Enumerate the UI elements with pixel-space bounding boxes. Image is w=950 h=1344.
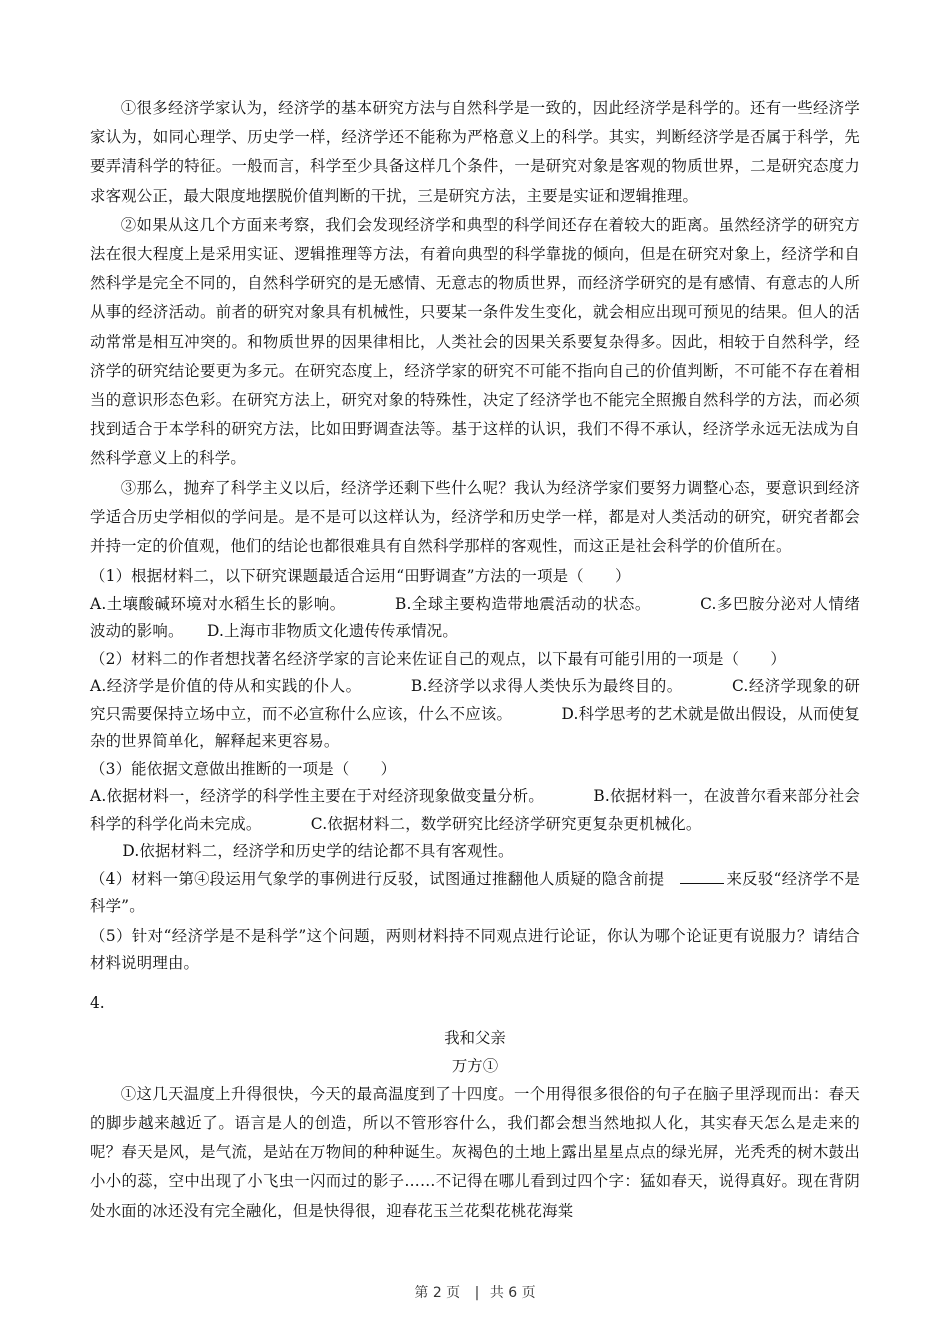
option-c: C.依据材料二，数学研究比经济学研究更复杂更机械化。 xyxy=(311,815,702,833)
passage-paragraph-2: ②如果从这几个方面来考察，我们会发现经济学和典型的科学间还存在着较大的距离。虽然… xyxy=(90,211,860,474)
question-4-section: 4. 我和父亲 万方① ①这几天温度上升得很快，今天的最高温度到了十四度。一个用… xyxy=(90,994,860,1226)
question-4-stem: （4）材料一第④段运用气象学的事例进行反驳，试图通过推翻他人质疑的隐含前提来反驳… xyxy=(90,866,860,921)
question-3-stem: （3）能依据文意做出推断的一项是（ ） xyxy=(90,756,860,784)
article-paragraph-1: ①这几天温度上升得很快，今天的最高温度到了十四度。一个用得很多很俗的句子在脑子里… xyxy=(90,1080,860,1226)
total-pages: 共 6 页 xyxy=(490,1285,536,1301)
answer-blank[interactable] xyxy=(680,869,724,884)
question-1-options: A.土壤酸碱环境对水稻生长的影响。B.全球主要构造带地震活动的状态。C.多巴胺分… xyxy=(90,591,860,646)
option-a: A.土壤酸碱环境对水稻生长的影响。 xyxy=(90,595,346,613)
article-title: 我和父亲 xyxy=(90,1024,860,1052)
question-2-options: A.经济学是价值的侍从和实践的仆人。B.经济学以求得人类快乐为最终目的。C.经济… xyxy=(90,673,860,756)
passage-paragraph-3: ③那么，抛弃了科学主义以后，经济学还剩下些什么呢？我认为经济学家们要努力调整心态… xyxy=(90,474,860,562)
passage-paragraph-1: ①很多经济学家认为，经济学的基本研究方法与自然科学是一致的，因此经济学是科学的。… xyxy=(90,94,860,211)
option-d: D.上海市非物质文化遗传传承情况。 xyxy=(207,622,458,640)
option-b: B.全球主要构造带地震活动的状态。 xyxy=(395,595,651,613)
document-page: ①很多经济学家认为，经济学的基本研究方法与自然科学是一致的，因此经济学是科学的。… xyxy=(90,94,860,1226)
page-footer: 第 2 页 | 共 6 页 xyxy=(0,1282,950,1302)
question-number: 4. xyxy=(90,994,860,1012)
option-a: A.经济学是价值的侍从和实践的仆人。 xyxy=(90,677,362,695)
page-separator: | xyxy=(475,1285,480,1301)
questions: （1）根据材料二，以下研究课题最适合运用“田野调查”方法的一项是（ ） A.土壤… xyxy=(90,563,860,978)
article-author: 万方① xyxy=(90,1052,860,1080)
question-1-stem: （1）根据材料二，以下研究课题最适合运用“田野调查”方法的一项是（ ） xyxy=(90,563,860,591)
material-two-passage: ①很多经济学家认为，经济学的基本研究方法与自然科学是一致的，因此经济学是科学的。… xyxy=(90,94,860,561)
question-5-stem: （5）针对“经济学是不是科学”这个问题，两则材料持不同观点进行论证，你认为哪个论… xyxy=(90,923,860,978)
option-a: A.依据材料一，经济学的科学性主要在于对经济现象做变量分析。 xyxy=(90,787,544,805)
option-b: B.经济学以求得人类快乐为最终目的。 xyxy=(411,677,683,695)
question-2-stem: （2）材料二的作者想找著名经济学家的言论来佐证自己的观点，以下最有可能引用的一项… xyxy=(90,646,860,674)
option-d: D.依据材料二，经济学和历史学的结论都不具有客观性。 xyxy=(122,842,513,860)
question-3-options: A.依据材料一，经济学的科学性主要在于对经济现象做变量分析。B.依据材料一，在波… xyxy=(90,783,860,838)
question-3-option-d-line: D.依据材料二，经济学和历史学的结论都不具有客观性。 xyxy=(90,838,860,866)
question-4-stem-before: （4）材料一第④段运用气象学的事例进行反驳，试图通过推翻他人质疑的隐含前提 xyxy=(90,870,664,888)
current-page: 第 2 页 xyxy=(414,1285,460,1301)
